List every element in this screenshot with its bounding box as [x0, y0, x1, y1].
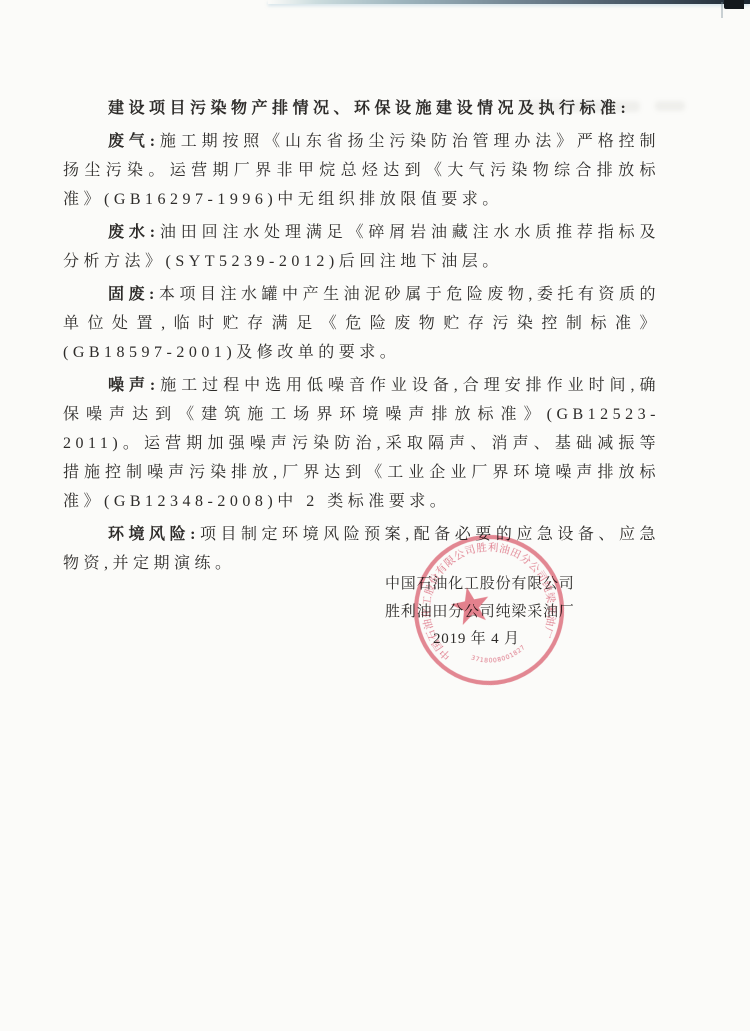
term-noise: 噪声:	[108, 377, 160, 394]
document-body: 建设项目污染物产排情况、环保设施建设情况及执行标准: 废气:施工期按照《山东省扬…	[63, 94, 660, 582]
paragraph-wastewater: 废水:油田回注水处理满足《碎屑岩油藏注水水质推荐指标及分析方法》(SYT5239…	[63, 218, 660, 276]
scan-edge-line	[268, 0, 750, 4]
text-noise: 施工过程中选用低噪音作业设备,合理安排作业时间,确保噪声达到《建筑施工场界环境噪…	[63, 377, 660, 510]
paragraph-waste-gas: 废气:施工期按照《山东省扬尘污染防治管理办法》严格控制扬尘污染。运营期厂界非甲烷…	[63, 127, 660, 214]
official-seal: 中国石油化工股份有限公司胜利油田分公司纯梁采油厂 3718008001827	[373, 494, 605, 726]
paragraph-noise: 噪声:施工过程中选用低噪音作业设备,合理安排作业时间,确保噪声达到《建筑施工场界…	[63, 371, 660, 516]
term-waste-gas: 废气:	[108, 133, 160, 150]
scan-corner-mark	[724, 0, 744, 9]
seal-arc-text: 中国石油化工股份有限公司胜利油田分公司纯梁采油厂	[407, 528, 565, 666]
scanned-document-page: 建设项目污染物产排情况、环保设施建设情况及执行标准: 废气:施工期按照《山东省扬…	[0, 0, 750, 1031]
term-wastewater: 废水:	[108, 224, 160, 241]
section-heading: 建设项目污染物产排情况、环保设施建设情况及执行标准:	[63, 94, 660, 123]
star-icon	[448, 583, 493, 626]
term-environmental-risk: 环境风险:	[108, 526, 200, 543]
seal-code: 3718008001827	[469, 643, 529, 669]
scan-edge-tick	[721, 2, 723, 18]
paragraph-solid-waste: 固废:本项目注水罐中产生油泥砂属于危险废物,委托有资质的单位处置,临时贮存满足《…	[63, 280, 660, 367]
term-solid-waste: 固废:	[108, 286, 159, 303]
